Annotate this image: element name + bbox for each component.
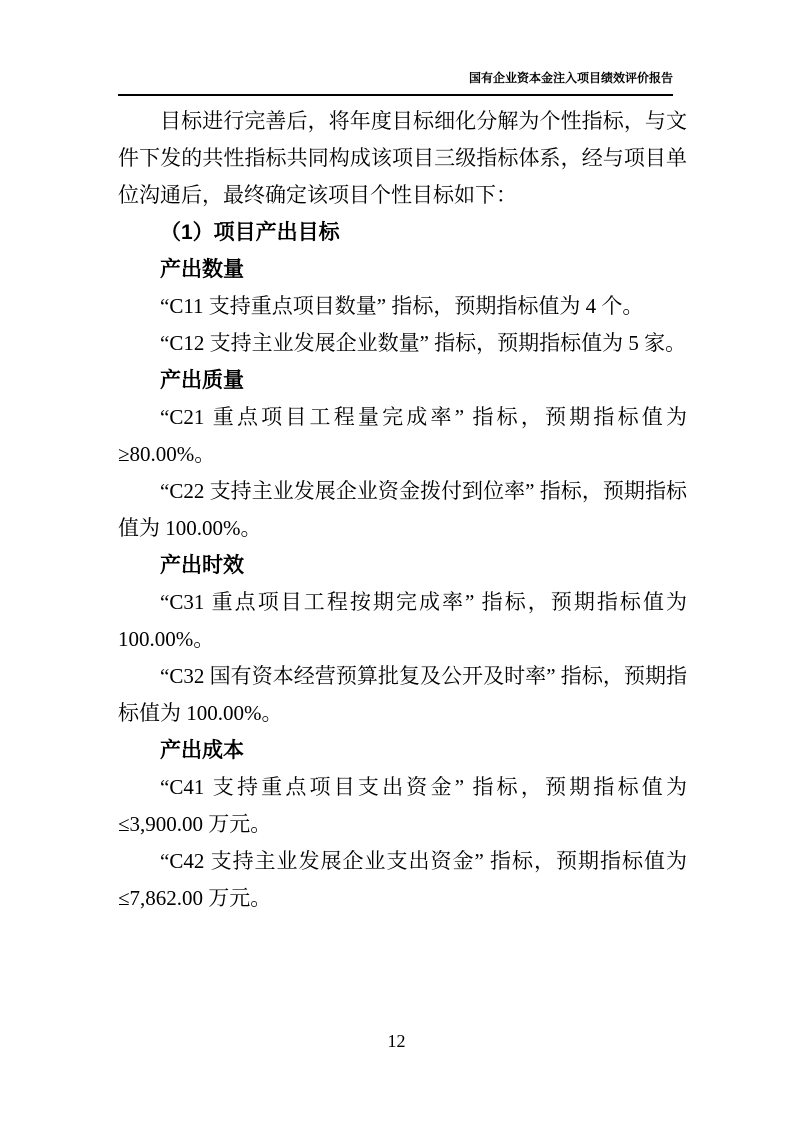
body-paragraph: “C32 国有资本经营预算批复及公开及时率” 指标，预期指标值为 100.00%…: [118, 658, 687, 732]
body-paragraph: “C42 支持主业发展企业支出资金” 指标，预期指标值为≤7,862.00 万元…: [118, 843, 687, 917]
report-header-title: 国有企业资本金注入项目绩效评价报告: [118, 70, 673, 86]
body-paragraph: “C21 重点项目工程量完成率” 指标，预期指标值为≥80.00%。: [118, 399, 687, 473]
section-heading: 产出时效: [118, 547, 687, 584]
document-body: 目标进行完善后，将年度目标细化分解为个性指标，与文件下发的共性指标共同构成该项目…: [118, 103, 687, 917]
section-heading: 产出成本: [118, 732, 687, 769]
document-page: 国有企业资本金注入项目绩效评价报告 目标进行完善后，将年度目标细化分解为个性指标…: [0, 0, 793, 1122]
body-paragraph: “C11 支持重点项目数量” 指标，预期指标值为 4 个。: [118, 288, 687, 325]
body-paragraph: 目标进行完善后，将年度目标细化分解为个性指标，与文件下发的共性指标共同构成该项目…: [118, 103, 687, 214]
header-rule: [118, 94, 673, 96]
body-paragraph: “C31 重点项目工程按期完成率” 指标，预期指标值为 100.00%。: [118, 584, 687, 658]
page-number: 12: [0, 1028, 793, 1054]
section-heading: 产出质量: [118, 362, 687, 399]
body-paragraph: “C22 支持主业发展企业资金拨付到位率” 指标，预期指标值为 100.00%。: [118, 473, 687, 547]
section-heading: 产出数量: [118, 251, 687, 288]
body-paragraph: “C12 支持主业发展企业数量” 指标，预期指标值为 5 家。: [118, 325, 687, 362]
body-paragraph: “C41 支持重点项目支出资金” 指标，预期指标值为≤3,900.00 万元。: [118, 769, 687, 843]
section-heading: （1）项目产出目标: [118, 214, 687, 251]
